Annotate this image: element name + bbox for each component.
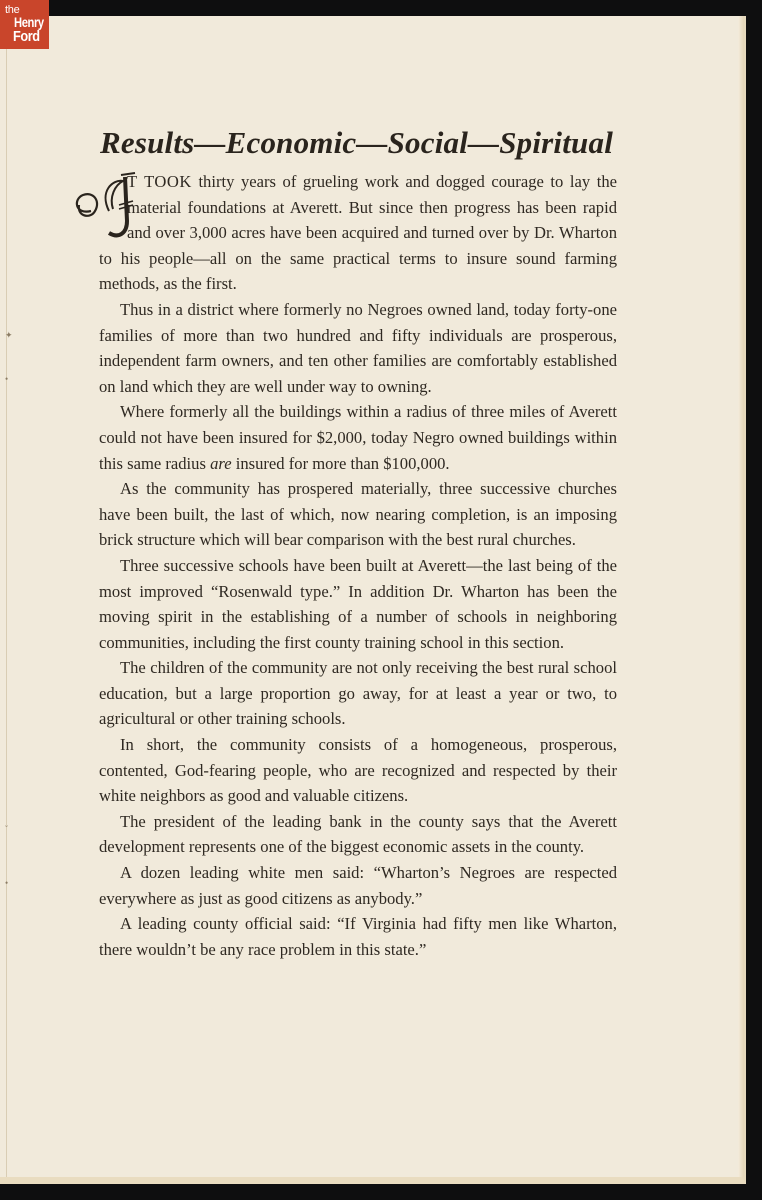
henry-ford-logo: the Henry Ford	[0, 0, 49, 49]
paragraph-3: Where formerly all the buildings within …	[99, 399, 617, 476]
margin-mark-icon: ˘	[5, 824, 11, 830]
paragraph-2: Thus in a district where formerly no Neg…	[99, 297, 617, 399]
page-edge	[738, 16, 744, 1177]
paragraph-8: The president of the leading bank in the…	[99, 809, 617, 860]
page-title: Results—Economic—Social—Spiritual	[100, 125, 613, 161]
paragraph-10: A leading county official said: “If Virg…	[99, 911, 617, 962]
logo-ford: Ford	[13, 28, 40, 45]
page-fold-line	[6, 16, 7, 1177]
paragraph-5: Three successive schools have been built…	[99, 553, 617, 655]
paragraph-1: T TOOK thirty years of grueling work and…	[99, 169, 617, 297]
body-text: T TOOK thirty years of grueling work and…	[99, 169, 617, 962]
paragraph-7: In short, the community consists of a ho…	[99, 732, 617, 809]
emphasis-text: are	[210, 454, 232, 473]
margin-mark-icon: •	[5, 878, 11, 884]
margin-mark-icon: •	[5, 374, 11, 380]
document-page: ✦ • ˘ • Results—Economic—Social—Spiritua…	[0, 16, 746, 1184]
margin-mark-icon: ✦	[5, 330, 11, 336]
paragraph-9: A dozen leading white men said: “Wharton…	[99, 860, 617, 911]
paragraph-6: The children of the community are not on…	[99, 655, 617, 732]
paragraph-4: As the community has prospered materiall…	[99, 476, 617, 553]
dropcap-i-icon	[69, 171, 127, 243]
paragraph-text: insured for more than $100,000.	[232, 454, 450, 473]
